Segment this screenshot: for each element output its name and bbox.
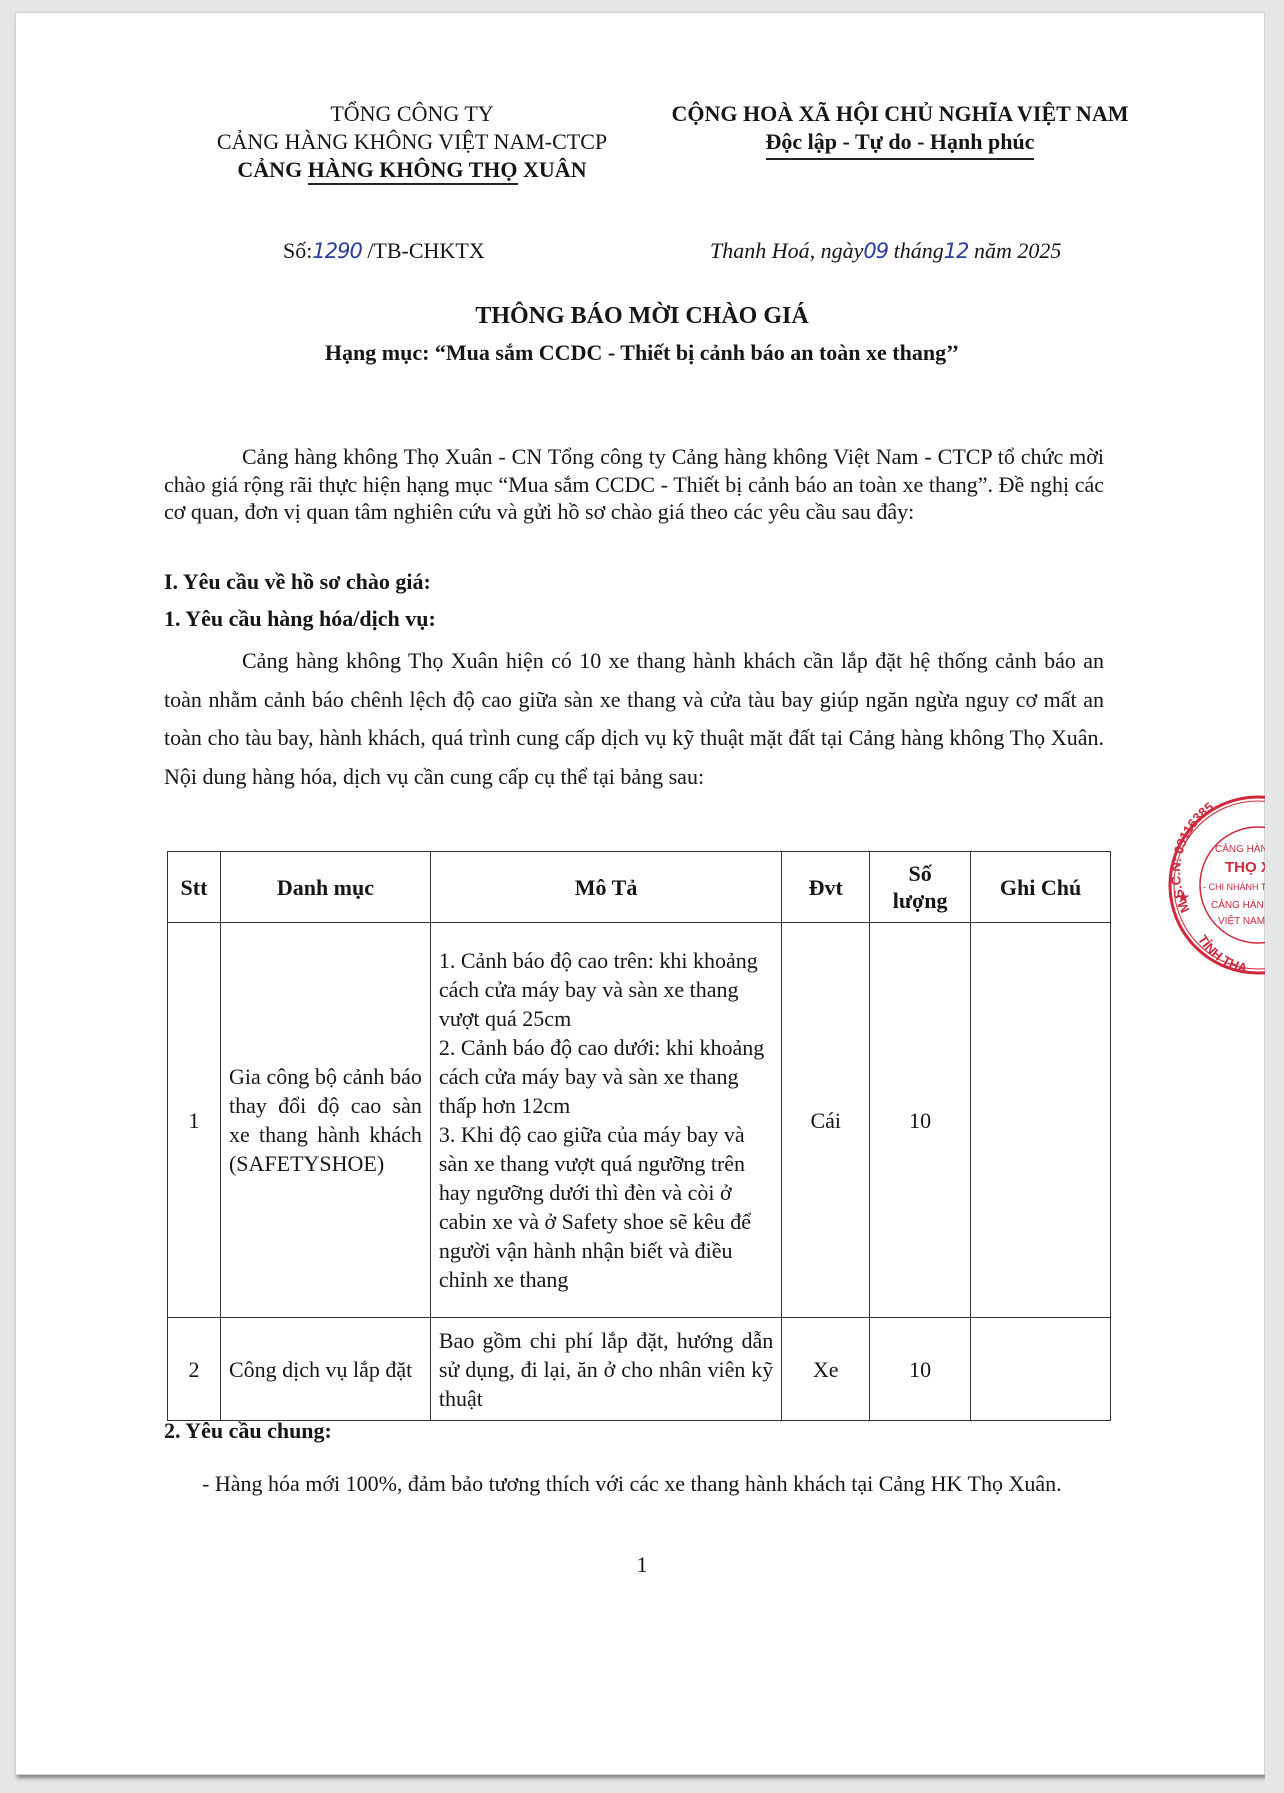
svg-text:THỌ X: THỌ X [1225,859,1271,876]
cell-quantity: 10 [870,1318,971,1421]
page-number: 1 [0,1552,1284,1578]
cell-quantity: 10 [870,923,971,1318]
svg-text:CẢNG HÀN: CẢNG HÀN [1215,842,1268,855]
org-line-2: CẢNG HÀNG KHÔNG VIỆT NAM-CTCP [152,128,672,156]
handwritten-number: 1290 [312,239,361,263]
intro-text: Cảng hàng không Thọ Xuân - CN Tổng công … [164,444,1104,524]
cell-description: Bao gồm chi phí lắp đặt, hướng dẫn sử dụ… [430,1318,781,1421]
so-label: Số: [283,238,312,263]
org-line-3-prefix: CẢNG [237,157,307,182]
header-stt: Stt [168,852,221,923]
cell-stt: 2 [168,1318,221,1421]
header-unit: Đvt [782,852,870,923]
svg-text:★: ★ [1177,889,1190,905]
org-line-3: CẢNG HÀNG KHÔNG THỌ XUÂN [152,156,672,184]
description-line: 2. Cảnh báo độ cao dưới: khi khoảng cách… [439,1033,773,1120]
svg-text:VIỆT NAM: VIỆT NAM [1218,914,1265,927]
table-row: 1 Gia công bộ cảnh báo thay đổi độ cao s… [168,923,1111,1318]
national-header: CỘNG HOÀ XÃ HỘI CHỦ NGHĨA VIỆT NAM Độc l… [620,100,1180,160]
header-quantity: Số lượng [870,852,971,923]
section-1-paragraph: Cảng hàng không Thọ Xuân hiện có 10 xe t… [164,642,1104,796]
month-label: tháng [894,238,944,263]
page-shadow-edge [1265,0,1284,1793]
document-number: Số:1290 /TB-CHKTX [283,238,485,264]
document-subtitle: Hạng mục: “Mua sắm CCDC - Thiết bị cảnh … [0,340,1284,366]
handwritten-month: 12 [944,239,969,263]
section-heading-I: I. Yêu cầu về hồ sơ chào giá: [164,569,431,595]
document-title: THÔNG BÁO MỜI CHÀO GIÁ [0,303,1284,330]
section-heading-2: 2. Yêu cầu chung: [164,1418,332,1444]
cell-note [971,1318,1111,1421]
description-line: 1. Cảnh báo độ cao trên: khi khoảng cách… [439,946,773,1033]
cell-item: Gia công bộ cảnh báo thay đổi độ cao sàn… [220,923,430,1318]
cell-unit: Xe [782,1318,870,1421]
cell-item: Công dịch vụ lắp đặt [220,1318,430,1421]
goods-table: Stt Danh mục Mô Tả Đvt Số lượng Ghi Chú … [167,851,1111,1421]
svg-text:CẢNG HÀN: CẢNG HÀN [1211,898,1264,911]
section-2-text: - Hàng hóa mới 100%, đảm bảo tương thích… [164,1465,1104,1503]
header-description: Mô Tả [430,852,781,923]
national-motto: Độc lập - Tự do - Hạnh phúc [766,128,1035,160]
document-date: Thanh Hoá, ngày09 tháng12 năm 2025 [710,238,1061,264]
cell-note [971,923,1111,1318]
so-suffix: /TB-CHKTX [367,238,484,263]
handwritten-day: 09 [863,239,888,263]
description-line: 3. Khi độ cao giữa của máy bay và sàn xe… [439,1120,773,1294]
svg-text:- CHI NHÁNH T: - CHI NHÁNH T [1203,882,1267,892]
section-2-content: - Hàng hóa mới 100%, đảm bảo tương thích… [202,1471,1062,1496]
section-1-text: Cảng hàng không Thọ Xuân hiện có 10 xe t… [164,648,1104,789]
cell-stt: 1 [168,923,221,1318]
country-name: CỘNG HOÀ XÃ HỘI CHỦ NGHĨA VIỆT NAM [620,100,1180,128]
date-prefix: Thanh Hoá, ngày [710,238,863,263]
header-item: Danh mục [220,852,430,923]
section-heading-1: 1. Yêu cầu hàng hóa/dịch vụ: [164,606,436,632]
table-row: 2 Công dịch vụ lắp đặt Bao gồm chi phí l… [168,1318,1111,1421]
org-line-3-suffix: XUÂN [518,157,587,182]
year-text: năm 2025 [974,238,1061,263]
cell-description: 1. Cảnh báo độ cao trên: khi khoảng cách… [430,923,781,1318]
header-note: Ghi Chú [971,852,1111,923]
org-line-1: TỔNG CÔNG TY [152,100,672,128]
org-line-3-underlined: HÀNG KHÔNG THỌ [308,157,518,185]
intro-paragraph: Cảng hàng không Thọ Xuân - CN Tổng công … [164,443,1104,526]
cell-unit: Cái [782,923,870,1318]
issuing-organization: TỔNG CÔNG TY CẢNG HÀNG KHÔNG VIỆT NAM-CT… [152,100,672,184]
table-header-row: Stt Danh mục Mô Tả Đvt Số lượng Ghi Chú [168,852,1111,923]
